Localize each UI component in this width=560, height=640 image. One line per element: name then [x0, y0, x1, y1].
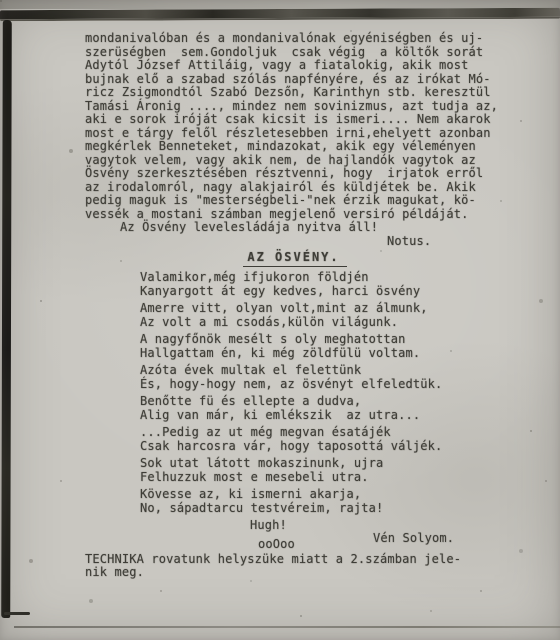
- prose-closing-line: Az Ösvény levelesládája nyitva áll!: [85, 221, 505, 235]
- poem-line: Hallgattam én, ki még zöldfülü voltam.: [140, 347, 505, 361]
- prose-line: bujnak elő a szabad szólás napfényére, é…: [85, 73, 505, 87]
- footer-note: TECHNIKA rovatunk helyszüke miatt a 2.sz…: [85, 553, 505, 580]
- poem-line: Sok utat látott mokaszinunk, ujra: [140, 457, 505, 471]
- poem: Valamikor,még ifjukoron földjén Kanyargo…: [85, 271, 505, 515]
- poem-stanza: Azóta évek multak el felettünk És, hogy-…: [140, 364, 505, 391]
- poem-stanza: ...Pedig az ut még megvan ésatájék Csak …: [140, 426, 505, 453]
- poem-stanza: Amerre vitt, olyan volt,mint az álmunk, …: [140, 302, 505, 329]
- poem-line: Alig van már, ki emlékszik az utra...: [140, 409, 505, 423]
- poem-line: Felhuzzuk most e mesebeli utra.: [140, 471, 505, 485]
- poem-title: AZ ÖSVÉNY.: [243, 251, 346, 267]
- prose-line: ricz Zsigmondtól Szabó Dezsőn, Karinthyn…: [85, 86, 505, 100]
- prose-line: vagytok velem, vagy akik nem, de hajland…: [85, 154, 505, 168]
- poem-line: ...Pedig az ut még megvan ésatájék: [140, 426, 505, 440]
- poem-title-row: AZ ÖSVÉNY.: [85, 251, 505, 266]
- poem-line: Kanyargott át egy kedves, harci ösvény: [140, 285, 505, 299]
- prose-line: megkérlek Benneteket, mindazokat, akik e…: [85, 140, 505, 154]
- prose-line: szerüségben sem.Gondoljuk csak végig a k…: [85, 46, 505, 60]
- prose-line: Ösvény szerkesztésében résztvenni, hogy …: [85, 167, 505, 181]
- poem-line: No, sápadtarcu testvéreim, rajta!: [140, 502, 505, 516]
- poem-line: Benőtte fü és ellepte a dudva,: [140, 395, 505, 409]
- prose-line: Tamási Áronig ...., mindez nem sovinizmu…: [85, 100, 505, 114]
- poem-signature-row: ooOoo Vén Solyom.: [85, 535, 505, 551]
- page-top-edge: [0, 8, 560, 21]
- poem-line: És, hogy-hogy nem, az ösvényt elfeledtük…: [140, 378, 505, 392]
- poem-signature: Vén Solyom.: [373, 532, 454, 546]
- page-left-edge: [1, 20, 12, 618]
- poem-stanza: Kövesse az, ki ismerni akarja, No, sápad…: [140, 488, 505, 515]
- editorial-prose: mondanivalóban és a mondanivalónak egyén…: [85, 32, 505, 248]
- prose-line: aki e sorok iróját csak kicsit is ismeri…: [85, 113, 505, 127]
- poem-line: Valamikor,még ifjukoron földjén: [140, 271, 505, 285]
- prose-line: most e tárgy felől részletesebben irni,e…: [85, 127, 505, 141]
- footer-line: TECHNIKA rovatunk helyszüke miatt a 2.sz…: [85, 553, 505, 567]
- page-bottom-edge: [14, 626, 560, 628]
- poem-stanza: Valamikor,még ifjukoron földjén Kanyargo…: [140, 271, 505, 298]
- prose-signature: Notus.: [85, 235, 505, 249]
- poem-line: Csak harcosra vár, hogy taposottá váljék…: [140, 440, 505, 454]
- prose-line: pedig maguk is "mesterségbeli-"nek érzik…: [85, 194, 505, 208]
- prose-line: vessék a mostani számban megjelenő versi…: [85, 208, 505, 222]
- scan-noise-speckles: [0, 0, 2, 2]
- poem-line: A nagyfőnök mesélt s oly meghatottan: [140, 333, 505, 347]
- poem-stanza: A nagyfőnök mesélt s oly meghatottan Hal…: [140, 333, 505, 360]
- poem-line: Amerre vitt, olyan volt,mint az álmunk,: [140, 302, 505, 316]
- poem-stanza: Benőtte fü és ellepte a dudva, Alig van …: [140, 395, 505, 422]
- poem-line: Azóta évek multak el felettünk: [140, 364, 505, 378]
- prose-line: mondanivalóban és a mondanivalónak egyén…: [85, 32, 505, 46]
- poem-line: Kövesse az, ki ismerni akarja,: [140, 488, 505, 502]
- prose-line: Adytól József Attiláig, vagy a fiataloki…: [85, 59, 505, 73]
- page-left-edge-hook: [4, 612, 30, 615]
- section-separator: ooOoo: [258, 538, 295, 552]
- scanned-page: mondanivalóban és a mondanivalónak egyén…: [0, 0, 560, 640]
- prose-line: az irodalomról, nagy alakjairól és küldj…: [85, 181, 505, 195]
- footer-line: nik meg.: [85, 566, 505, 580]
- poem-stanza: Sok utat látott mokaszinunk, ujra Felhuz…: [140, 457, 505, 484]
- poem-line: Az volt a mi csodás,külön világunk.: [140, 316, 505, 330]
- document-text: mondanivalóban és a mondanivalónak egyén…: [85, 32, 505, 580]
